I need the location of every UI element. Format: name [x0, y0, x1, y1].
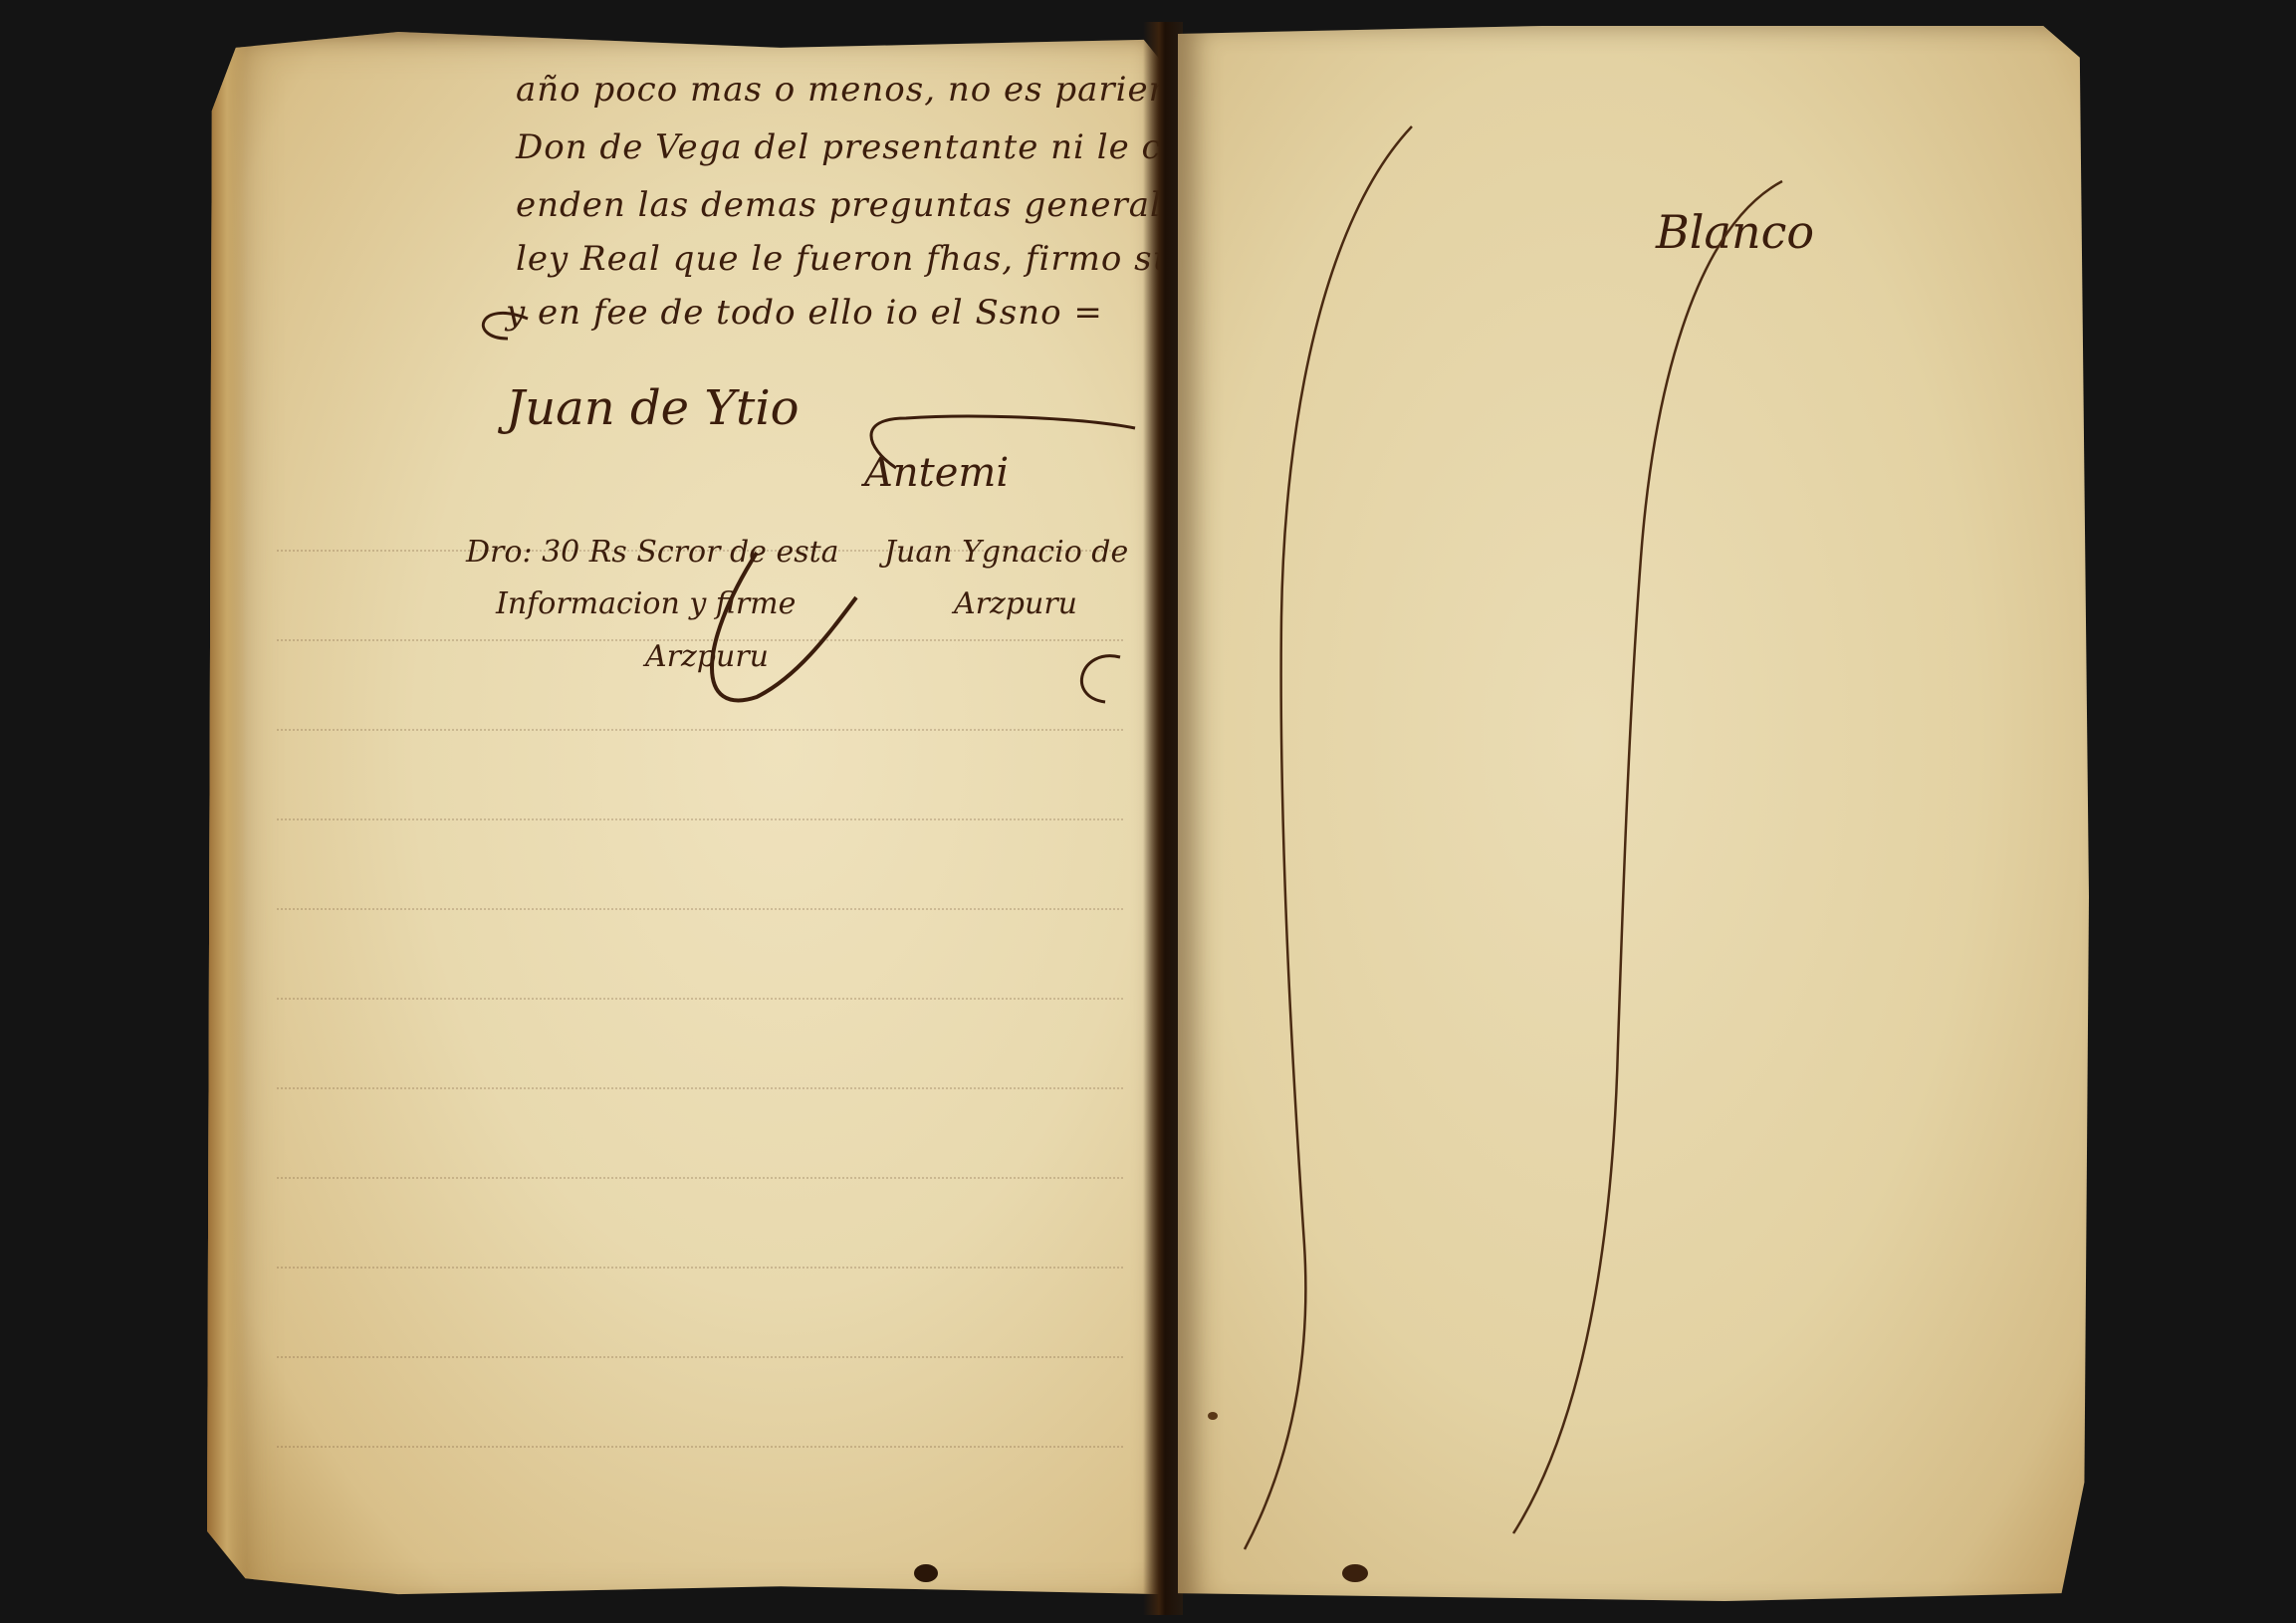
bleed-through-line — [277, 1446, 1123, 1449]
signature-juan-ygnacio-line-1: Juan Ygnacio de — [884, 535, 1128, 570]
bleed-through-line — [277, 1267, 1123, 1270]
bleed-through-line — [277, 729, 1123, 732]
bleed-through-line — [277, 908, 1123, 911]
left-page: año poco mas o menos, no es pariente por… — [207, 32, 1163, 1610]
signature-juan-ygnacio-line-2: Arzpuru — [954, 586, 1077, 621]
bleed-through-line — [277, 1356, 1123, 1359]
right-page: Blanco — [1178, 26, 2089, 1609]
bleed-through-line — [277, 998, 1123, 1001]
bleed-through-line — [277, 1177, 1123, 1180]
notary-note-line-1: Dro: 30 Rs Scror de esta — [466, 535, 839, 570]
bleed-through-line — [277, 1087, 1123, 1090]
notary-note-line-2: Informacion y firme — [496, 586, 796, 621]
text-line-5: y en fee de todo ello io el Ssno = — [506, 293, 1103, 333]
blanco-annotation: Blanco — [1656, 205, 1814, 259]
signature-antemi: Antemi — [864, 450, 1009, 496]
book-gutter — [1143, 22, 1183, 1615]
notary-note-line-3: Arzpuru — [645, 639, 769, 674]
bleed-through-line — [277, 818, 1123, 821]
signature-juan-de-ytio: Juan de Ytio — [506, 380, 800, 436]
manuscript-scan: año poco mas o menos, no es pariente por… — [207, 22, 2089, 1620]
text-line-4: ley Real que le fueron fhas, firmo su md — [516, 239, 1243, 279]
